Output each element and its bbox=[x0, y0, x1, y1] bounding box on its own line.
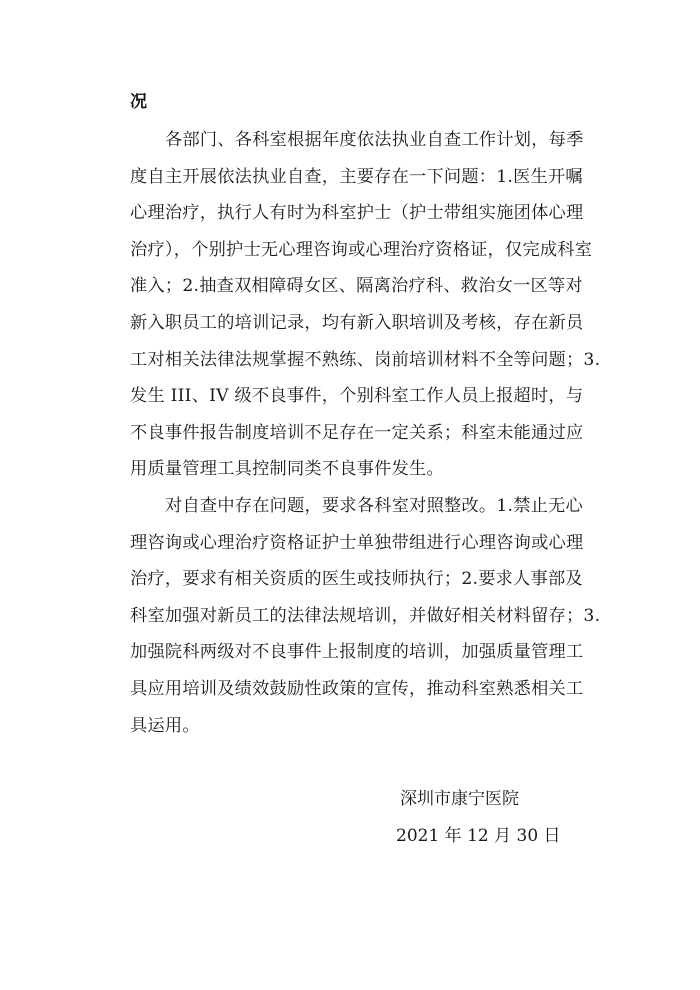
text-line: 具应用培训及绩效鼓励性政策的宣传，推动科室熟悉相关工 bbox=[130, 671, 570, 708]
signature-organization: 深圳市康宁医院 bbox=[400, 787, 519, 811]
paragraph-rectification-requirements: 对自查中存在问题，要求各科室对照整改。1.禁止无心 理咨询或心理治疗资格证护士单… bbox=[130, 488, 570, 744]
document-page: 况 各部门、各科室根据年度依法执业自查工作计划，每季 度自主开展依法执业自查，主… bbox=[0, 0, 700, 990]
text-line: 加强院科两级对不良事件上报制度的培训，加强质量管理工 bbox=[130, 634, 570, 671]
section-heading: 况 bbox=[130, 90, 147, 114]
text-line: 治疗，要求有相关资质的医生或技师执行；2.要求人事部及 bbox=[130, 561, 570, 598]
document-body: 各部门、各科室根据年度依法执业自查工作计划，每季 度自主开展依法执业自查，主要存… bbox=[130, 122, 570, 744]
text-line: 度自主开展依法执业自查，主要存在一下问题：1.医生开嘱 bbox=[130, 159, 570, 196]
text-line: 发生 III、IV 级不良事件，个别科室工作人员上报超时，与 bbox=[130, 378, 570, 415]
text-line: 科室加强对新员工的法律法规培训，并做好相关材料留存；3. bbox=[130, 598, 570, 635]
text-line: 不良事件报告制度培训不足存在一定关系；科室未能通过应 bbox=[130, 415, 570, 452]
text-line: 治疗），个别护士无心理咨询或心理治疗资格证，仅完成科室 bbox=[130, 232, 570, 269]
text-line: 准入；2.抽查双相障碍女区、隔离治疗科、救治女一区等对 bbox=[130, 268, 570, 305]
text-line: 具运用。 bbox=[130, 708, 570, 745]
text-line: 理咨询或心理治疗资格证护士单独带组进行心理咨询或心理 bbox=[130, 525, 570, 562]
text-line: 新入职员工的培训记录，均有新入职培训及考核，存在新员 bbox=[130, 305, 570, 342]
paragraph-self-inspection-findings: 各部门、各科室根据年度依法执业自查工作计划，每季 度自主开展依法执业自查，主要存… bbox=[130, 122, 570, 488]
text-line: 心理治疗，执行人有时为科室护士（护士带组实施团体心理 bbox=[130, 195, 570, 232]
text-line: 对自查中存在问题，要求各科室对照整改。1.禁止无心 bbox=[130, 488, 570, 525]
text-line: 各部门、各科室根据年度依法执业自查工作计划，每季 bbox=[130, 122, 570, 159]
text-line: 用质量管理工具控制同类不良事件发生。 bbox=[130, 451, 570, 488]
text-line: 工对相关法律法规掌握不熟练、岗前培训材料不全等问题；3. bbox=[130, 342, 570, 379]
signature-date: 2021 年 12 月 30 日 bbox=[396, 824, 561, 848]
